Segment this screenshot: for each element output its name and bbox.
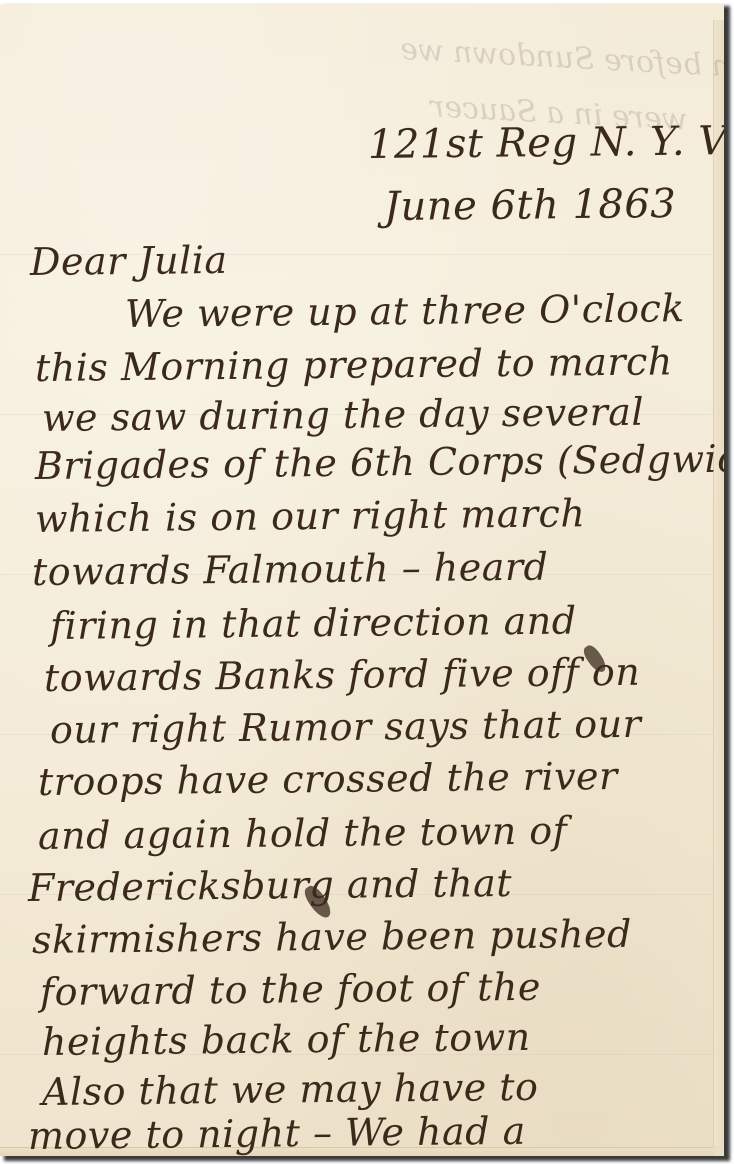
letter-line: troops have crossed the river — [38, 754, 618, 804]
letter-page: afternoon before Sundown we were in a Sa… — [0, 4, 724, 1156]
letter-line: our right Rumor says that our — [50, 702, 642, 752]
letter-line: and again hold the town of — [38, 808, 568, 858]
letter-line: Brigades of the 6th Corps (Sedgwick's) — [35, 436, 724, 488]
letter-line: heights back of the town — [42, 1015, 531, 1064]
letter-line: Fredericksburg and that — [28, 861, 512, 910]
bleed-through-text: afternoon before Sundown we — [399, 32, 724, 91]
letter-salutation: Dear Julia — [30, 238, 228, 284]
letter-line: this Morning prepared to march — [35, 339, 673, 390]
letter-line: forward to the foot of the — [40, 965, 541, 1014]
letter-line: which is on our right march — [35, 491, 586, 541]
letter-line: move to night – We had a — [28, 1109, 526, 1156]
letter-line: We were up at three O'clock — [125, 286, 685, 336]
letter-line: Also that we may have to — [42, 1065, 539, 1114]
letter-date: June 6th 1863 — [384, 181, 677, 230]
letter-regiment: 121st Reg N. Y. V. — [368, 118, 724, 168]
scan-frame: afternoon before Sundown we were in a Sa… — [0, 0, 734, 1164]
letter-line: skirmishers have been pushed — [32, 912, 632, 962]
letter-line: towards Banks ford five off on — [44, 650, 641, 700]
letter-line: firing in that direction and — [50, 598, 577, 648]
letter-line: towards Falmouth – heard — [32, 545, 549, 594]
letter-line: we saw during the day several — [42, 390, 645, 440]
paper-edge-right — [713, 20, 724, 1146]
